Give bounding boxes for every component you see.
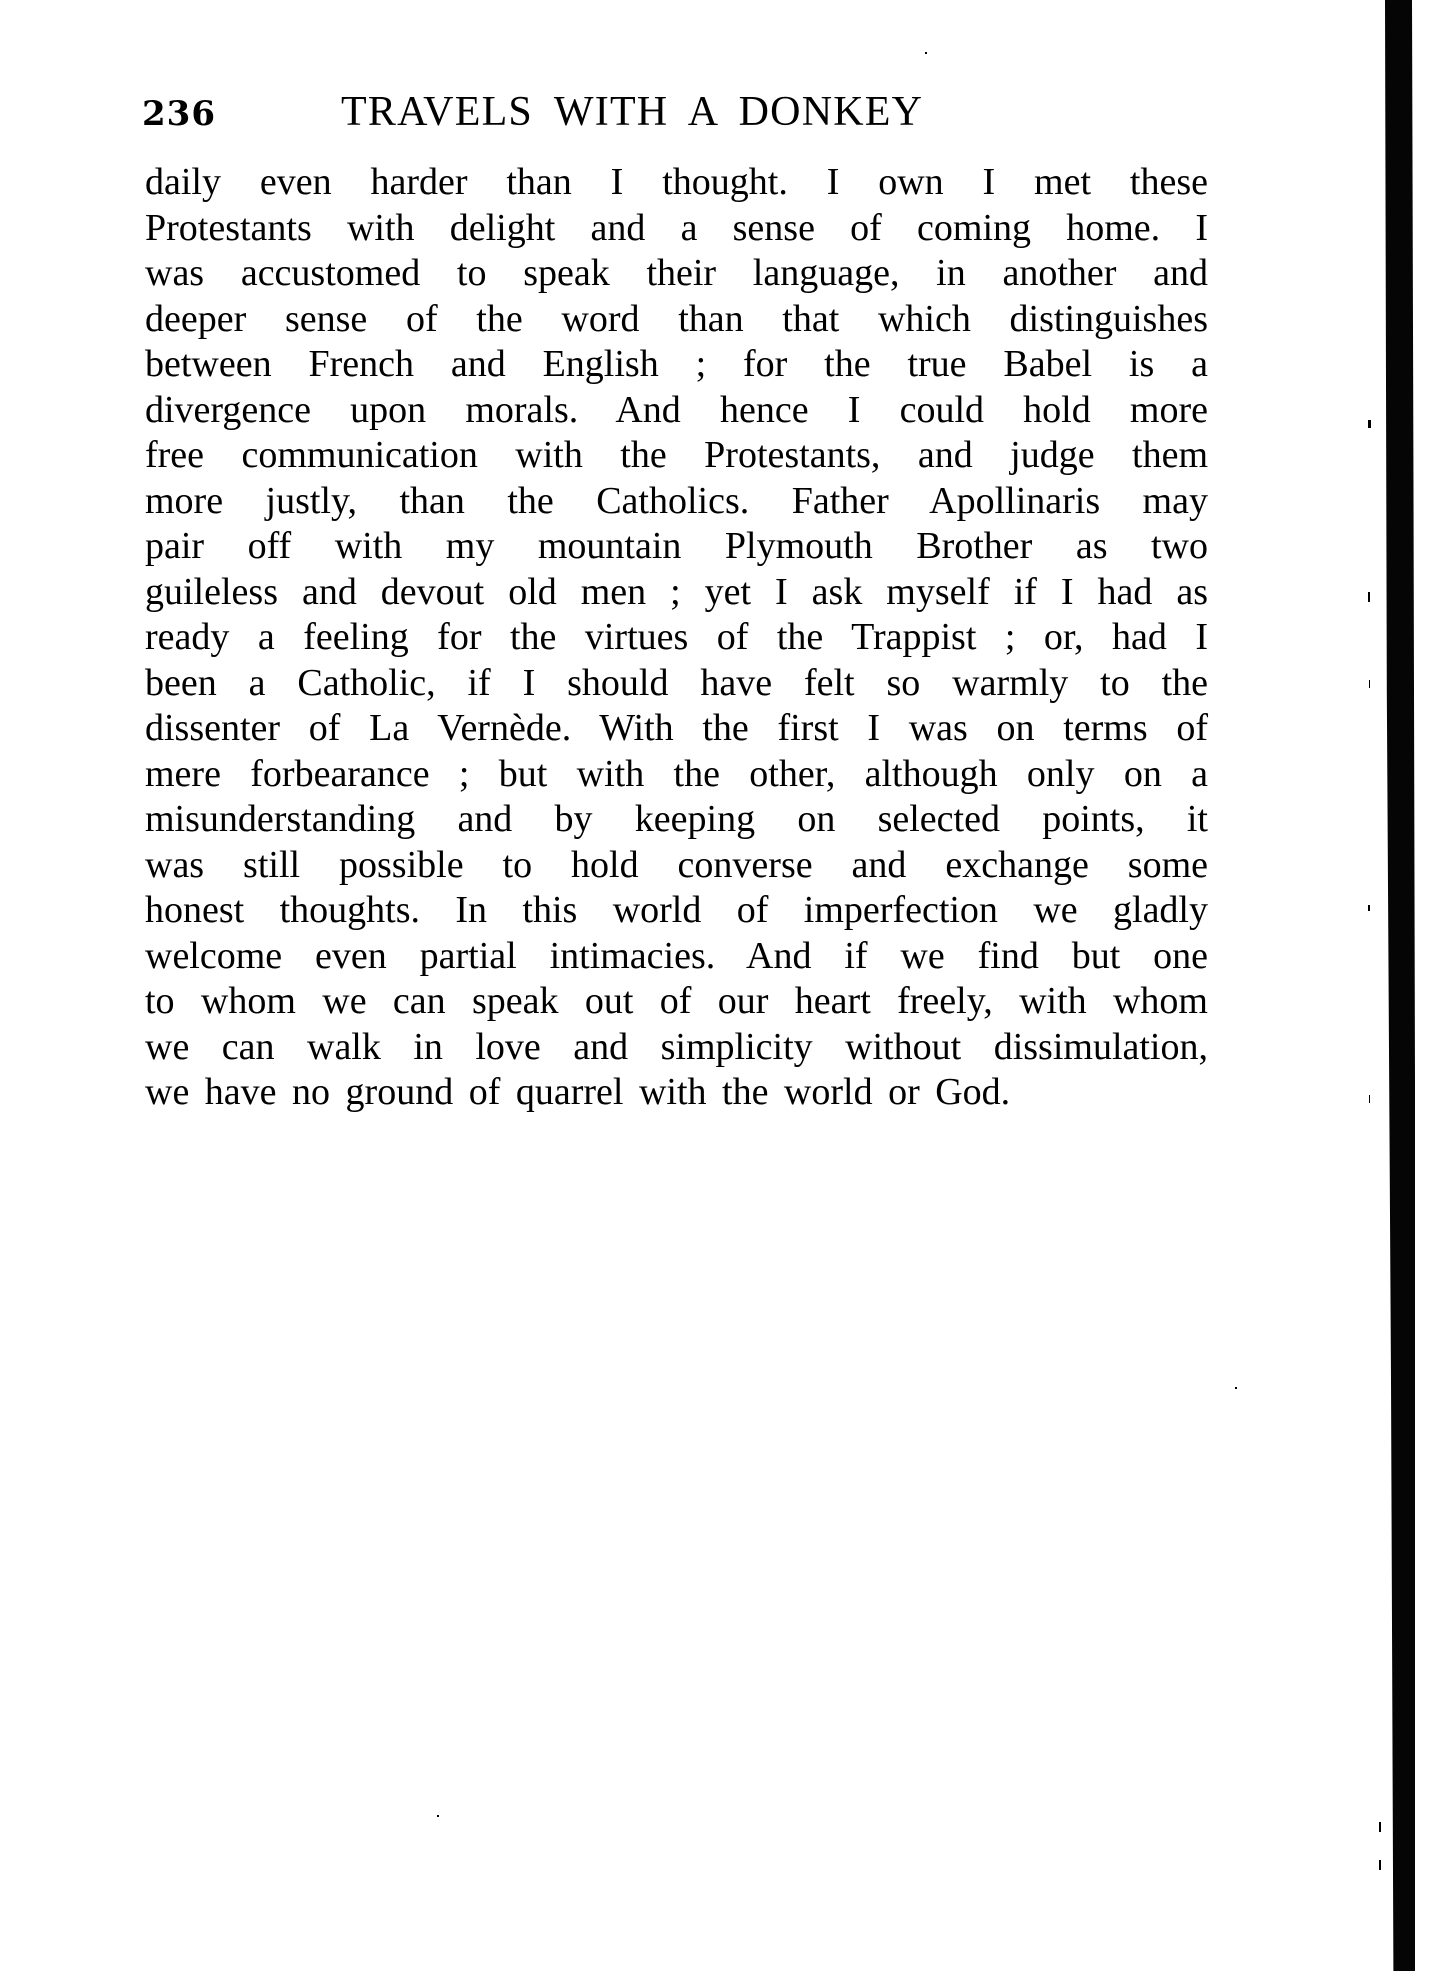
text-line: guileless and devout old men ; yet I ask… xyxy=(145,570,1208,616)
text-line: mere forbearance ; but with the other, a… xyxy=(145,752,1208,798)
text-line: misunderstanding and by keeping on selec… xyxy=(145,797,1208,843)
text-line: honest thoughts. In this world of imperf… xyxy=(145,888,1208,934)
text-line: dissenter of La Vernède. With the first … xyxy=(145,706,1208,752)
text-line: deeper sense of the word than that which… xyxy=(145,297,1208,343)
text-line: divergence upon morals. And hence I coul… xyxy=(145,388,1208,434)
scan-speck xyxy=(437,1815,439,1817)
scan-speck xyxy=(1368,592,1370,602)
text-line: free communication with the Protestants,… xyxy=(145,433,1208,479)
body-text: daily even harder than I thought. I own … xyxy=(145,160,1208,1116)
scan-speck xyxy=(1369,680,1370,688)
text-line: to whom we can speak out of our heart fr… xyxy=(145,979,1208,1025)
scan-speck xyxy=(1369,1095,1370,1103)
text-line: welcome even partial intimacies. And if … xyxy=(145,934,1208,980)
scan-speck xyxy=(1235,1387,1237,1389)
text-line: we can walk in love and simplicity witho… xyxy=(145,1025,1208,1071)
scan-speck xyxy=(925,52,927,54)
text-line: Protestants with delight and a sense of … xyxy=(145,206,1208,252)
text-line: been a Catholic, if I should have felt s… xyxy=(145,661,1208,707)
running-title: TRAVELS WITH A DONKEY xyxy=(341,88,923,136)
binding-edge-shadow xyxy=(1385,0,1415,1971)
text-line-last: we have no ground of quarrel with the wo… xyxy=(145,1070,1208,1116)
running-head: 236 TRAVELS WITH A DONKEY xyxy=(142,88,1032,136)
scan-speck xyxy=(1379,1860,1381,1870)
text-line: was accustomed to speak their language, … xyxy=(145,251,1208,297)
text-line: was still possible to hold converse and … xyxy=(145,843,1208,889)
text-line: ready a feeling for the virtues of the T… xyxy=(145,615,1208,661)
text-line: pair off with my mountain Plymouth Broth… xyxy=(145,524,1208,570)
text-line: daily even harder than I thought. I own … xyxy=(145,160,1208,206)
book-page: 236 TRAVELS WITH A DONKEY daily even har… xyxy=(0,0,1439,1971)
text-line: more justly, than the Catholics. Father … xyxy=(145,479,1208,525)
scan-speck xyxy=(1368,420,1371,428)
scan-speck xyxy=(1368,905,1370,911)
text-line: between French and English ; for the tru… xyxy=(145,342,1208,388)
scan-speck xyxy=(1379,1822,1381,1832)
page-number: 236 xyxy=(142,94,216,134)
